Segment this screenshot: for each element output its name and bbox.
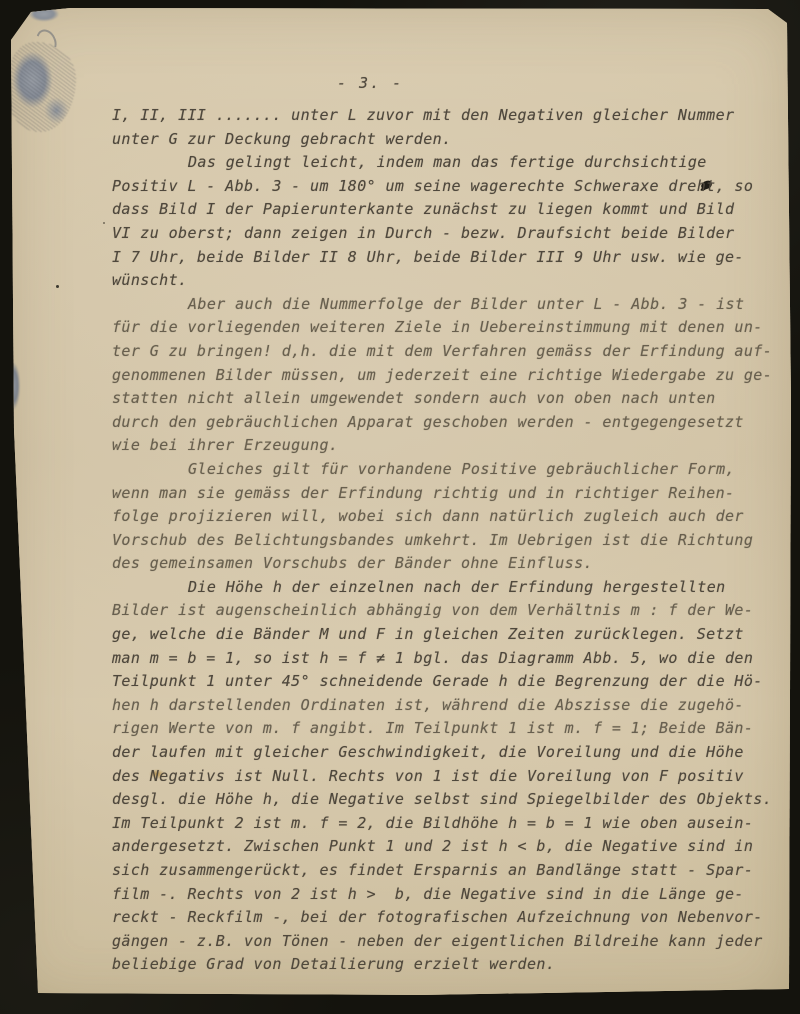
text-line: durch den gebräuchlichen Apparat geschob… [112, 411, 774, 435]
text-line: Positiv L - Abb. 3 - um 180° um seine wa… [112, 175, 774, 199]
text-line: Das gelingt leicht, indem man das fertig… [112, 151, 774, 175]
text-line: man m = b = 1, so ist h = f ≠ 1 bgl. das… [112, 647, 774, 671]
text-line: genommenen Bilder müssen, um jederzeit e… [112, 364, 774, 388]
tape-residue-top-edge [26, 5, 62, 23]
text-line: des Negativs ist Null. Rechts von 1 ist … [112, 765, 774, 789]
text-line: folge projizieren will, wobei sich dann … [112, 505, 774, 529]
tape-residue-top-left [6, 42, 76, 132]
text-line: hen h darstellenden Ordinaten ist, währe… [112, 694, 774, 718]
text-line: gängen - z.B. von Tönen - neben der eige… [112, 930, 774, 954]
text-line: des gemeinsamen Vorschubs der Bänder ohn… [112, 552, 774, 576]
text-line: für die vorliegenden weiteren Ziele in U… [112, 316, 774, 340]
text-line: ge, welche die Bänder M und F in gleiche… [112, 623, 774, 647]
text-line: Gleiches gilt für vorhandene Positive ge… [112, 458, 774, 482]
text-line: dass Bild I der Papierunterkante zunächs… [112, 198, 774, 222]
text-line: I 7 Uhr, beide Bilder II 8 Uhr, beide Bi… [112, 246, 774, 270]
page-number: - 3. - [337, 76, 403, 91]
text-line: film -. Rechts von 2 ist h > b, die Nega… [112, 883, 774, 907]
text-line: ter G zu bringen! d,h. die mit dem Verfa… [112, 340, 774, 364]
text-line: Vorschub des Belichtungsbandes umkehrt. … [112, 529, 774, 553]
text-line: wünscht. [112, 269, 774, 293]
text-line: statten nicht allein umgewendet sondern … [112, 387, 774, 411]
text-line: Bilder ist augenscheinlich abhängig von … [112, 599, 774, 623]
text-line: Teilpunkt 1 unter 45° schneidende Gerade… [112, 670, 774, 694]
text-line: Die Höhe h der einzelnen nach der Erfind… [112, 576, 774, 600]
text-line: desgl. die Höhe h, die Negative selbst s… [112, 788, 774, 812]
text-line: VI zu oberst; dann zeigen in Durch - bez… [112, 222, 774, 246]
text-line: unter G zur Deckung gebracht werden. [112, 128, 774, 152]
text-line: Aber auch die Nummerfolge der Bilder unt… [112, 293, 774, 317]
ink-speck [56, 285, 59, 288]
tape-residue-left-edge [5, 356, 22, 416]
text-line: der laufen mit gleicher Geschwindigkeit,… [112, 741, 774, 765]
document-page: - 3. - I, II, III ....... unter L zuvor … [0, 0, 800, 1014]
text-line: wenn man sie gemäss der Erfindung richti… [112, 482, 774, 506]
text-line: andergesetzt. Zwischen Punkt 1 und 2 ist… [112, 835, 774, 859]
text-line: beliebige Grad von Detailierung erzielt … [112, 953, 774, 977]
text-line: reckt - Reckfilm -, bei der fotografisch… [112, 906, 774, 930]
text-line: Im Teilpunkt 2 ist m. f = 2, die Bildhöh… [112, 812, 774, 836]
text-line: rigen Werte von m. f angibt. Im Teilpunk… [112, 717, 774, 741]
ink-speck [103, 222, 105, 224]
typewritten-text: I, II, III ....... unter L zuvor mit den… [112, 104, 774, 977]
text-line: sich zusammengerückt, es findet Ersparni… [112, 859, 774, 883]
text-line: wie bei ihrer Erzeugung. [112, 434, 774, 458]
text-line: I, II, III ....... unter L zuvor mit den… [112, 104, 774, 128]
scan-background: - 3. - I, II, III ....... unter L zuvor … [0, 0, 800, 1014]
